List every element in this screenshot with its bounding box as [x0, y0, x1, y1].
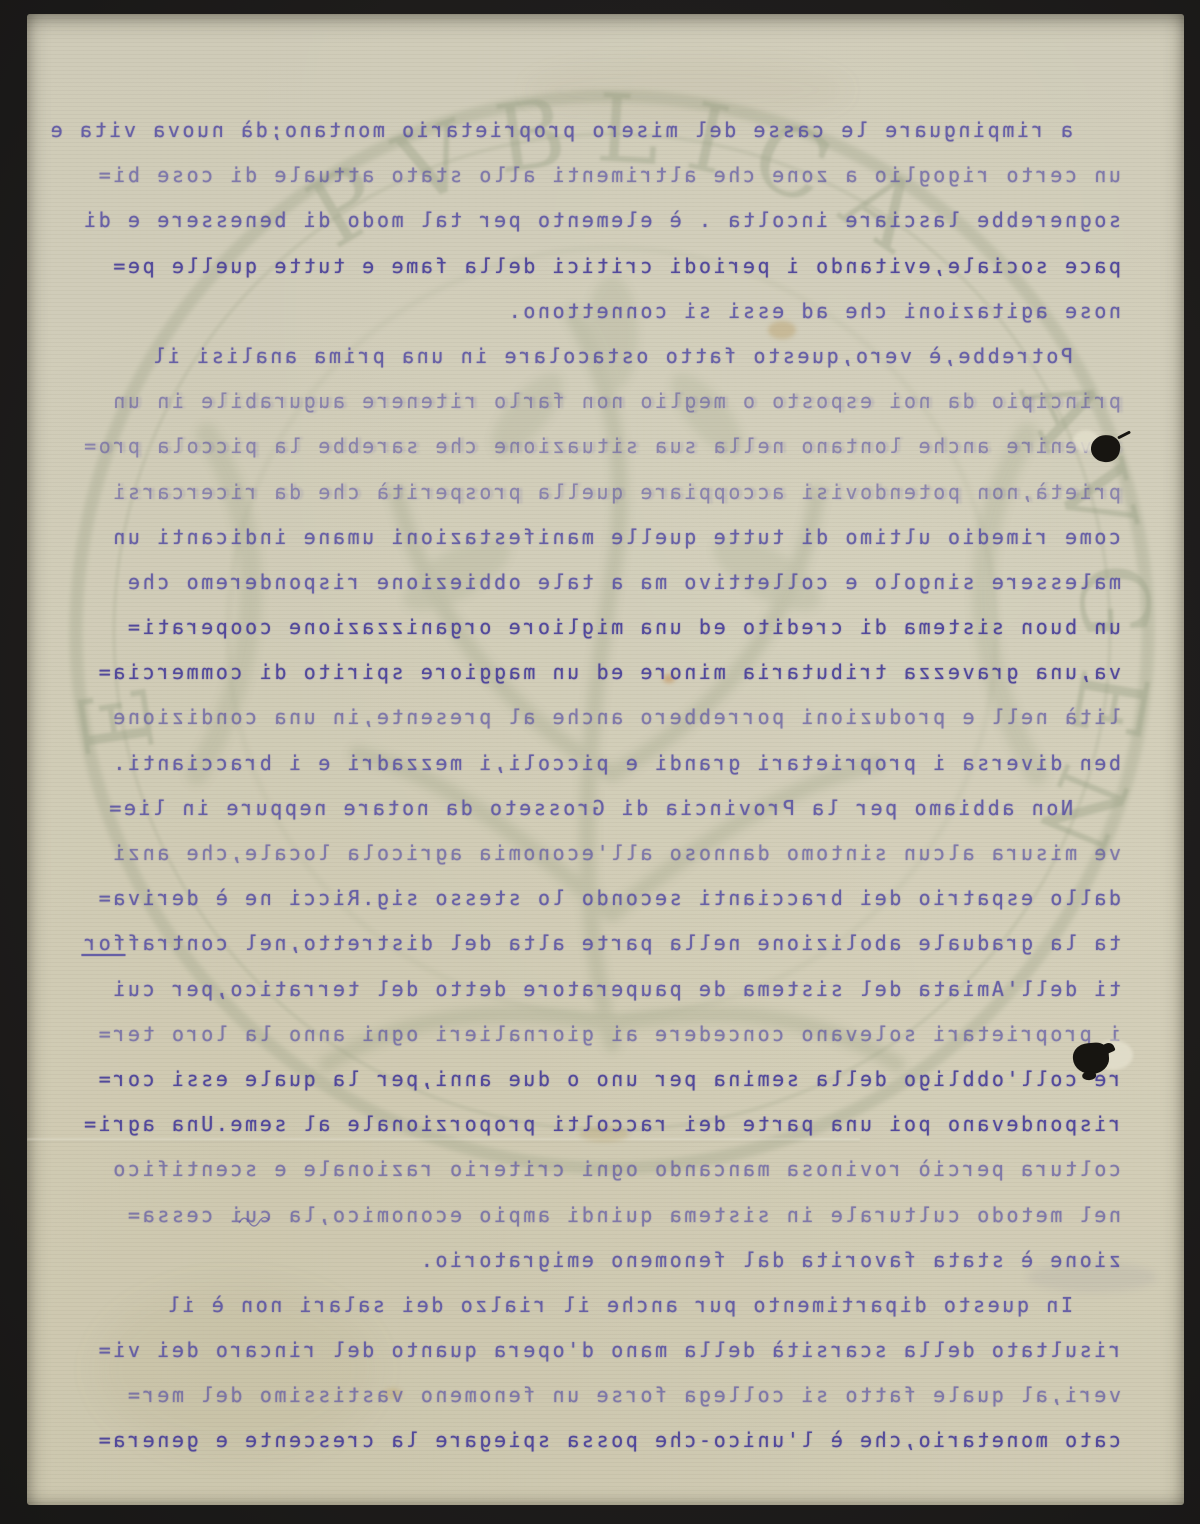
- text-line: nose agitazioni che ad essi si connetton…: [81, 289, 1121, 334]
- text-line: ti dell'Amiata del sistema de pauperator…: [81, 967, 1121, 1012]
- text-line: coltura perciò rovinosa mancando ogni cr…: [81, 1147, 1121, 1192]
- text-line: ve misura alcun sintomo dannoso all'econ…: [81, 831, 1121, 876]
- text-line: un buon sistema di credito ed una miglio…: [81, 605, 1121, 650]
- text-line: veri,al quale fatto si collega forse un …: [81, 1373, 1121, 1418]
- text-line: i proprietari solevano concedere ai gior…: [81, 1012, 1121, 1057]
- text-line: rispondevano poi una parte dei raccolti …: [81, 1102, 1121, 1147]
- text-line: In questo dipartimento pur anche il rial…: [81, 1283, 1121, 1328]
- text-line: prietà,non potendovisi accoppiare quella…: [81, 470, 1121, 515]
- text-line: zione è stata favorita dal fenomeno emig…: [81, 1238, 1121, 1283]
- text-line: come rimedio ultimo di tutte quelle mani…: [81, 515, 1121, 560]
- text-line: ta la graduale abolizione nella parte al…: [81, 921, 1121, 966]
- text-line: risultato della scarsità della mano d'op…: [81, 1328, 1121, 1373]
- text-line: un certo rigoglio a zone che altrimenti …: [81, 153, 1121, 198]
- text-line: Non abbiamo per la Provincia di Grosseto…: [81, 786, 1121, 831]
- text-line: Potrebbe,è vero,questo fatto ostacolare …: [81, 334, 1121, 379]
- text-line: ben diversa i proprietari grandi e picco…: [81, 741, 1121, 786]
- text-line: pace sociale,evitando i periodi critici …: [81, 244, 1121, 289]
- text-line: sognerebbe lasciare incolta . è elemento…: [81, 198, 1121, 243]
- text-line: re coll'obbligo della semina per uno o d…: [81, 1057, 1121, 1102]
- text-line: principio da noi esposto o meglio non fa…: [81, 379, 1121, 424]
- text-line: lità nell e produzioni porrebbero anche …: [81, 695, 1121, 740]
- typewritten-text-mirrored: a rimpinguare le casse del misero propri…: [81, 108, 1121, 1464]
- text-line: va,una gravezza tributaria minore ed un …: [81, 650, 1121, 695]
- text-line: dallo espatrio dei braccianti secondo lo…: [81, 876, 1121, 921]
- text-line: cato monetario,che è l'unico-che possa s…: [81, 1418, 1121, 1463]
- text-line: a rimpinguare le casse del misero propri…: [81, 108, 1121, 153]
- document-page: PVBLICA AVGEN ER a rimpinguare le casse …: [27, 14, 1184, 1505]
- text-line: avvenire anche lontano nella sua situazi…: [81, 424, 1121, 469]
- scanned-photo: { "colors": { "background": "#1f1d1c", "…: [0, 0, 1200, 1524]
- handwritten-correction-mark: [237, 1214, 273, 1228]
- text-line: malessere singolo e collettivo ma a tale…: [81, 560, 1121, 605]
